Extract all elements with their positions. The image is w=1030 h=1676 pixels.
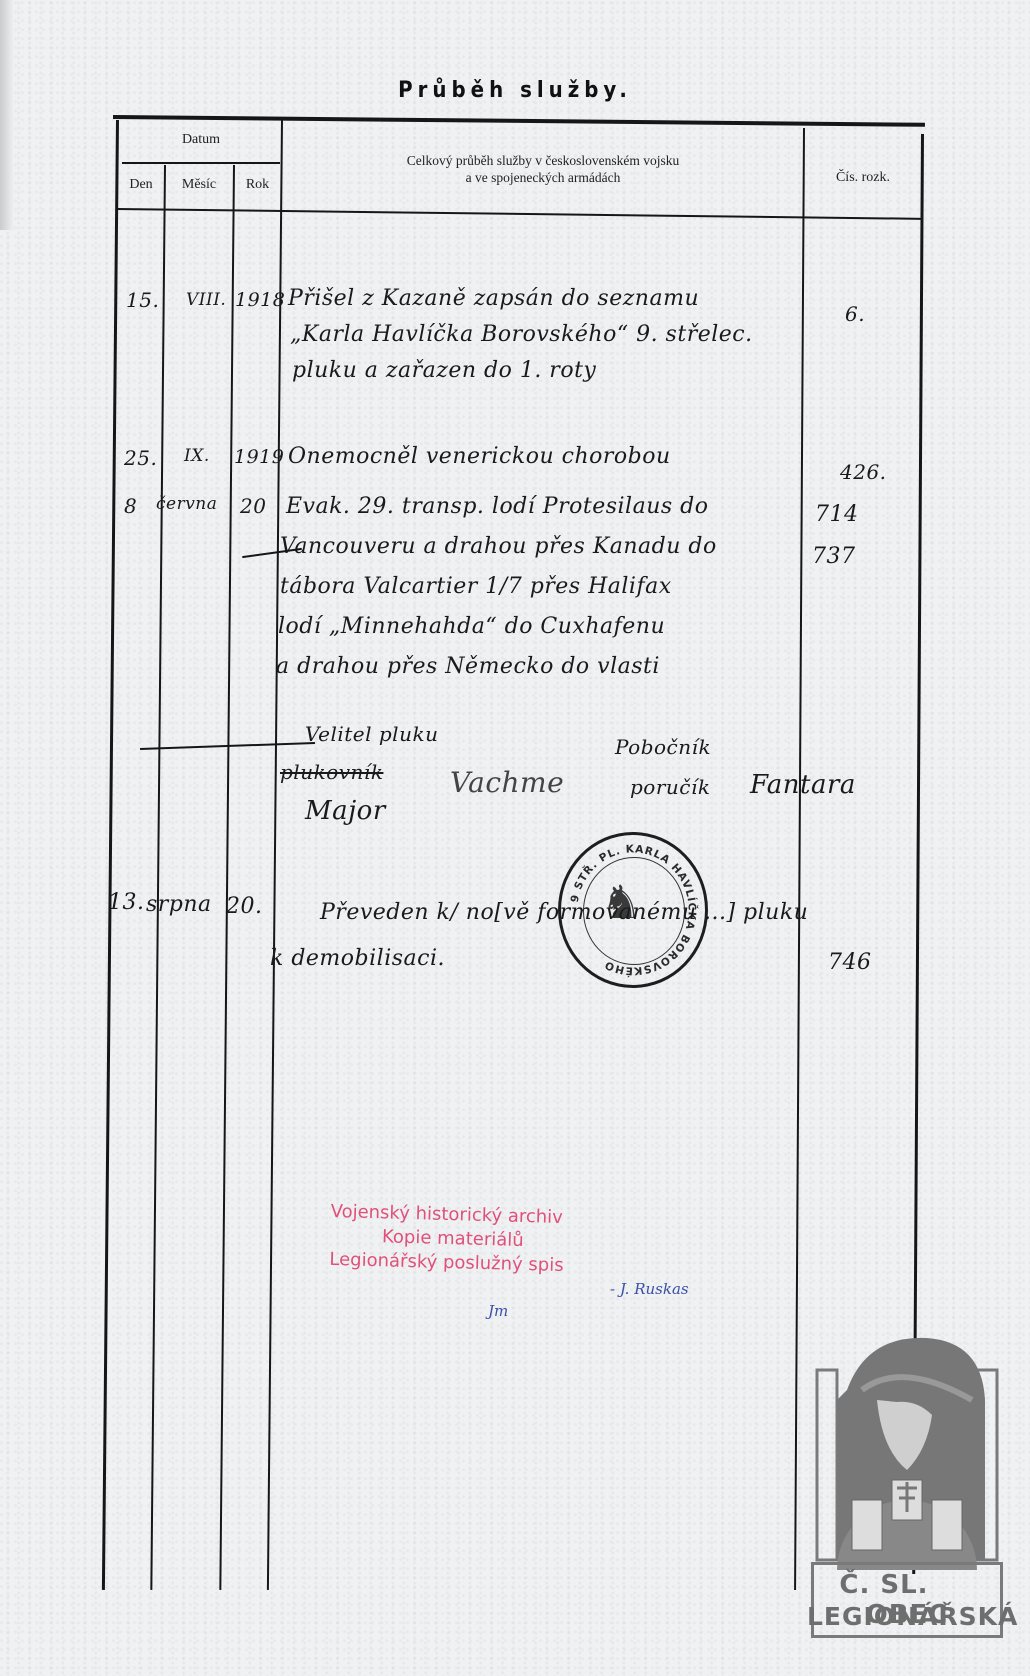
row3-text-line5: a drahou přes Německo do vlasti: [276, 654, 660, 679]
row3-text-line4: lodí „Minnehahda“ do Cuxhafenu: [278, 614, 665, 639]
row2-den: 25.: [124, 446, 157, 470]
header-rok: Rok: [234, 177, 281, 193]
logo-line2: LEGIONÁŘSKÁ: [807, 1602, 1007, 1631]
row4-mesic: srpna: [146, 892, 212, 917]
page-title: Průběh služby.: [0, 78, 1030, 103]
commander-struck-title: plukovník: [280, 760, 383, 784]
archive-stamp: Vojenský historický archiv Kopie materiá…: [329, 1200, 565, 1278]
header-description-line2: a ve spojeneckých armádách: [283, 170, 803, 186]
row2-mesic: IX.: [184, 446, 210, 466]
row2-cis-rozk: 426.: [840, 460, 887, 484]
row3-den: 8: [124, 494, 137, 518]
row3-text-line1: Evak. 29. transp. lodí Protesilaus do: [286, 494, 708, 519]
header-mesic: Měsíc: [165, 177, 233, 193]
row1-rok: 1918: [235, 289, 285, 311]
header-den: Den: [118, 177, 164, 193]
left-border: [102, 120, 119, 1590]
row4-den: 13.: [108, 890, 145, 915]
document-page: Průběh služby. Datum Den Měsíc Rok Celko…: [0, 0, 1030, 1676]
row1-cis-rozk: 6.: [845, 302, 865, 326]
row3-text-line3: tábora Valcartier 1/7 přes Halifax: [280, 574, 672, 599]
row4-text-line2: k demobilisaci.: [270, 946, 445, 971]
row1-text-line3: pluku a zařazen do 1. roty: [292, 358, 596, 383]
soldier-emblem-icon: [807, 1330, 1007, 1570]
header-description-line1: Celkový průběh služby v československém …: [283, 153, 803, 169]
row3-text-line2: Vancouveru a drahou přes Kanadu do: [280, 534, 717, 559]
logo-line1-left: Č. SL.: [839, 1570, 928, 1600]
header-cis-rozk: Čís. rozk.: [805, 170, 921, 186]
top-rule: [113, 115, 925, 127]
archive-note: - J. Ruskas: [610, 1280, 689, 1298]
row4-rok: 20.: [226, 894, 263, 919]
col-mesic-rok: [219, 165, 234, 1590]
datum-sub-rule: [122, 162, 280, 164]
row1-den: 15.: [126, 288, 159, 312]
col-text-cis: [794, 128, 805, 1590]
col-den-mesic: [150, 165, 165, 1590]
row2-rok: 1919: [234, 446, 284, 468]
commander-signature: Vachme: [450, 766, 564, 799]
header-bottom-rule: [117, 208, 922, 220]
row4-cis-rozk: 746: [828, 950, 872, 975]
adjutant-signature: Fantara: [750, 770, 856, 800]
row2-text-line1: Onemocněl venerickou chorobou: [288, 444, 671, 469]
legion-logo: Č. SL. OBEC LEGIONÁŘSKÁ: [807, 1330, 1007, 1642]
row1-text-line2: „Karla Havlíčka Borovského“ 9. střelec.: [290, 322, 753, 347]
row3-cis-rozk-1: 714: [815, 502, 859, 527]
row1-mesic: VIII.: [186, 290, 226, 310]
header-datum: Datum: [122, 132, 280, 148]
col-rok-text: [267, 120, 283, 1590]
archive-initials: Jm: [488, 1302, 508, 1320]
commander-title: Velitel pluku: [305, 722, 438, 746]
row1-text-line1: Přišel z Kazaně zapsán do seznamu: [288, 286, 699, 311]
archive-stamp-line3: Legionářský posluž­ný spis: [329, 1248, 564, 1278]
row3-mesic: června: [156, 494, 217, 514]
row3-cis-rozk-2: 737: [812, 544, 856, 569]
row4-text-line1: Převeden k/ no[vě formovanému ...] pluku: [320, 900, 808, 925]
commander-rank: Major: [305, 796, 386, 826]
row3-rok: 20: [240, 494, 266, 518]
adjutant-title: Pobočník: [615, 735, 711, 759]
scan-edge-shadow: [0, 0, 14, 230]
adjutant-rank: poručík: [630, 775, 711, 799]
